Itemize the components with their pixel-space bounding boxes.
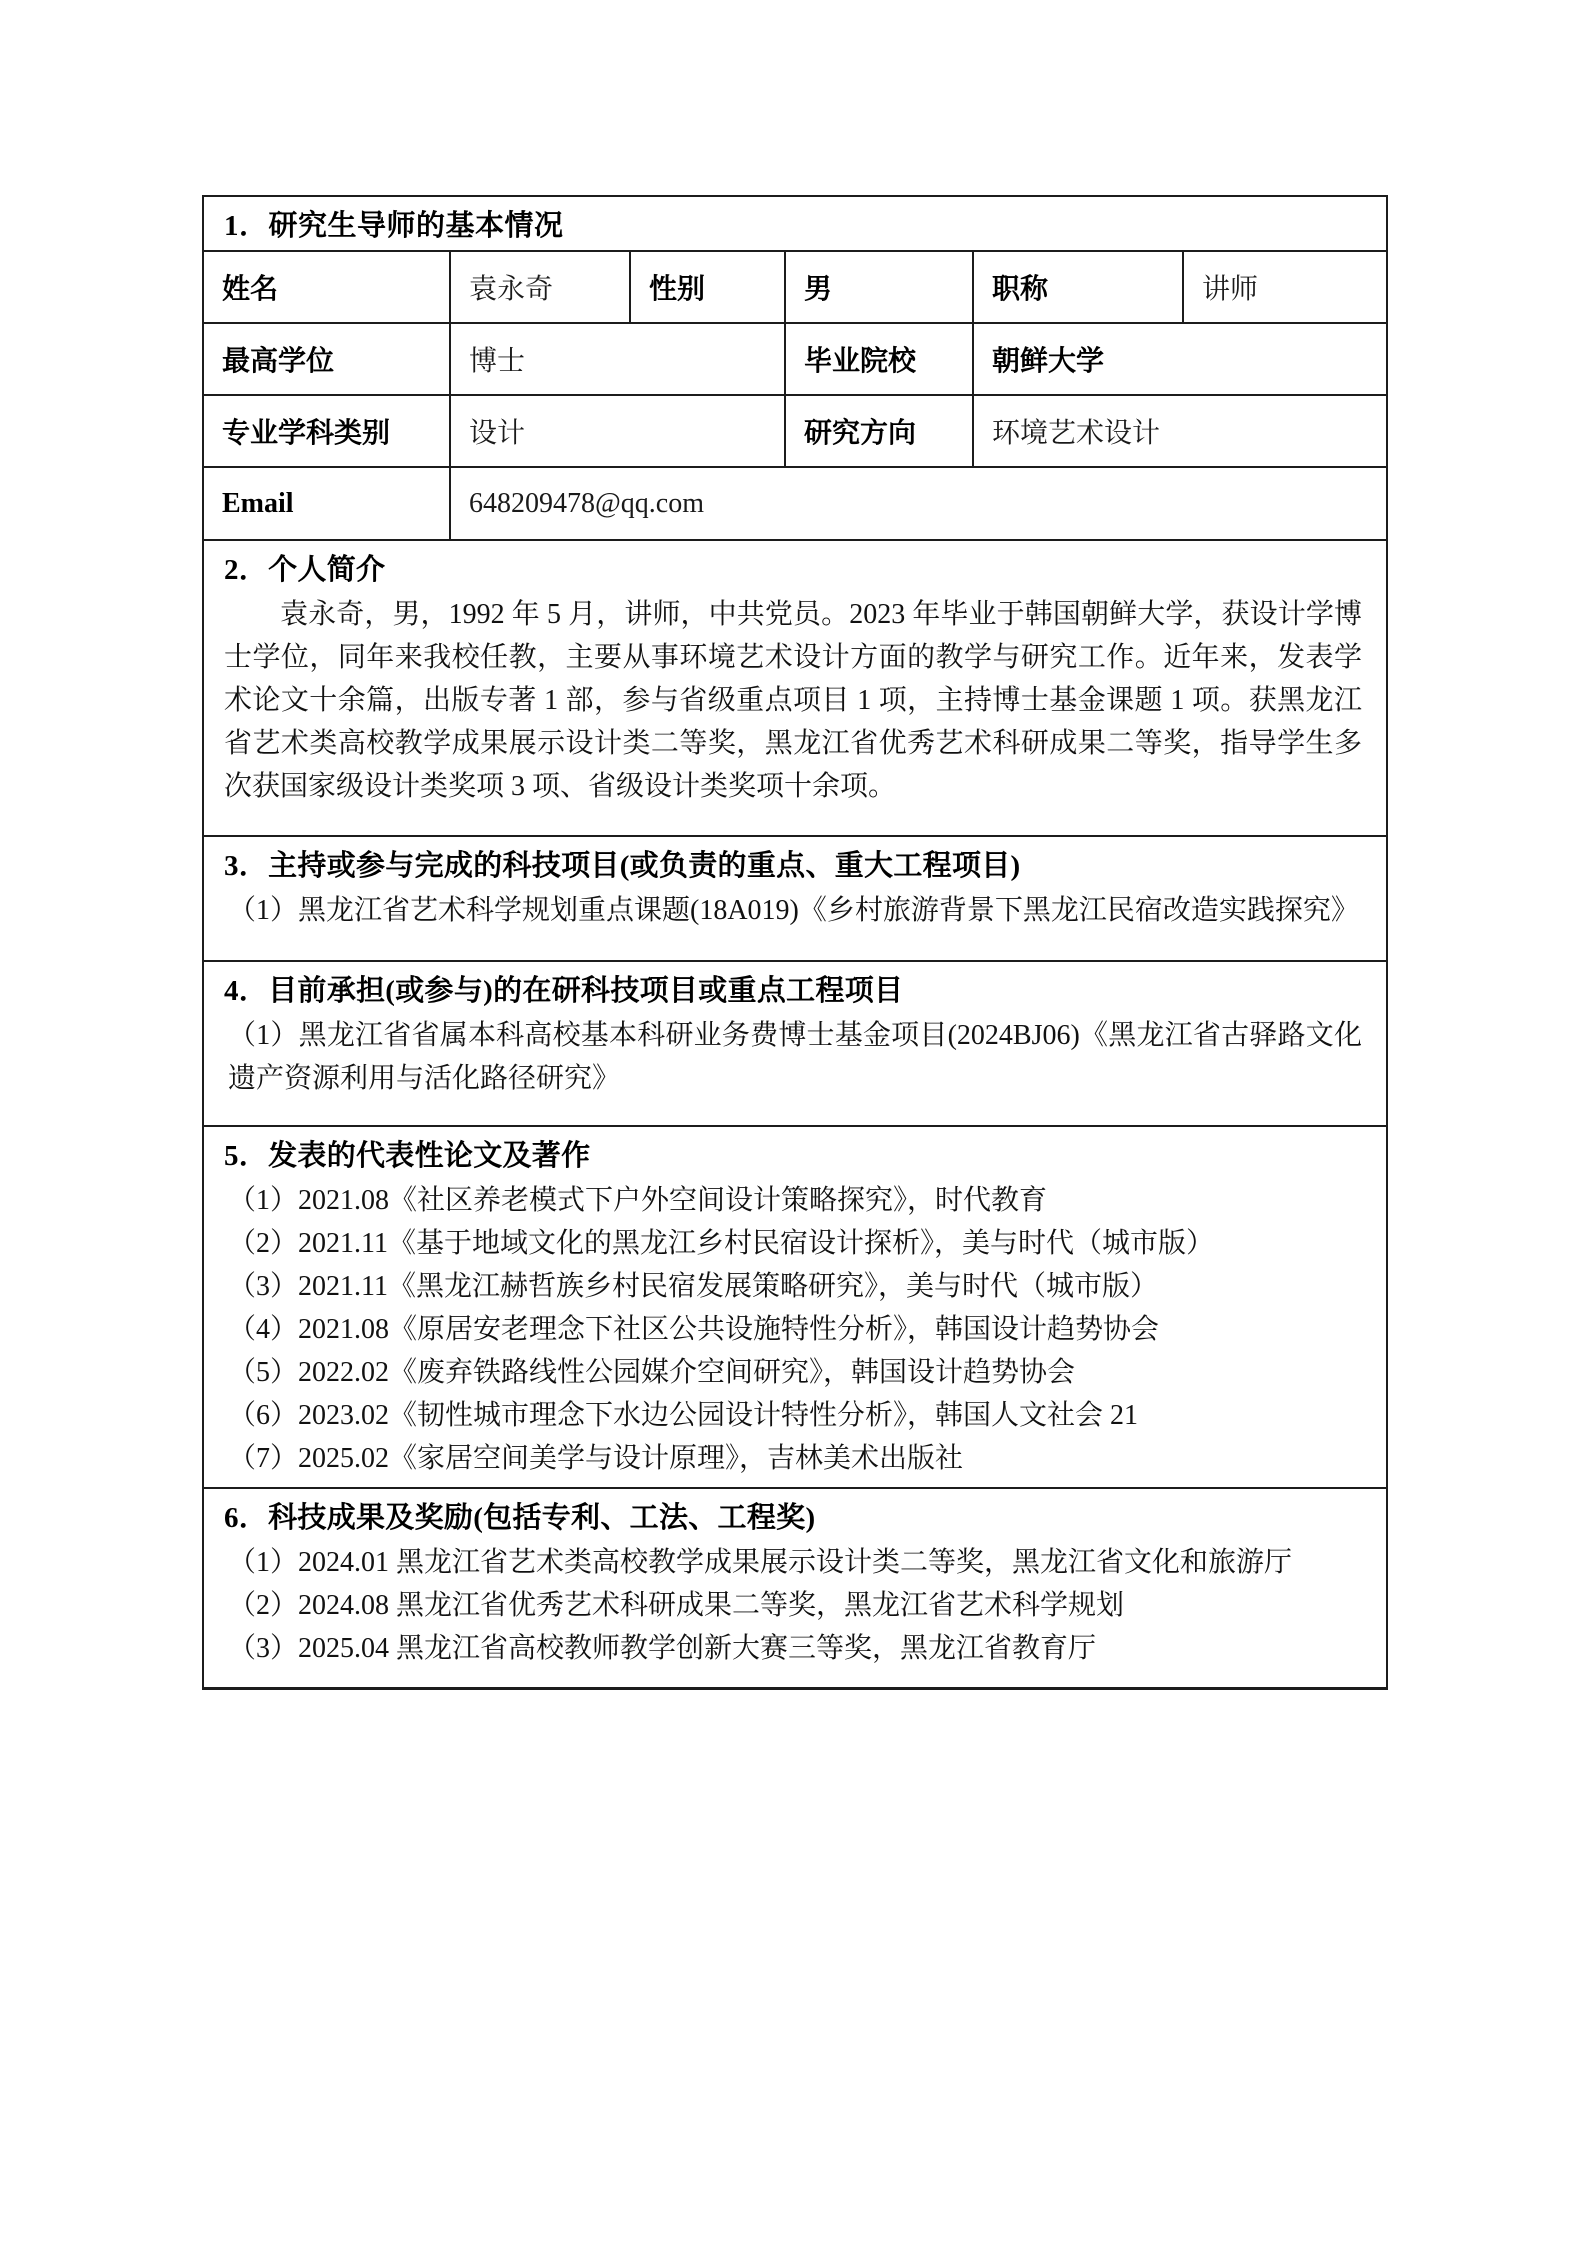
job-title-value-cell: 讲师 — [1182, 252, 1386, 322]
section2-profile: 2．个人简介 袁永奇，男，1992 年 5 月，讲师，中共党员。2023 年毕业… — [204, 539, 1386, 835]
section5-item-4: （4）2021.08《原居安老理念下社区公共设施特性分析》，韩国设计趋势协会 — [224, 1308, 1362, 1351]
direction-label: 研究方向 — [804, 411, 916, 451]
school-label-cell: 毕业院校 — [784, 324, 972, 394]
direction-value-cell: 环境艺术设计 — [972, 396, 1386, 466]
section5-item-3: （3）2021.11《黑龙江赫哲族乡村民宿发展策略研究》，美与时代（城市版） — [224, 1265, 1362, 1308]
section6-title: 6．科技成果及奖励(包括专利、工法、工程奖) — [224, 1495, 1362, 1541]
name-value: 袁永奇 — [469, 267, 553, 307]
section5-title: 5．发表的代表性论文及著作 — [224, 1133, 1362, 1179]
gender-value: 男 — [804, 267, 832, 307]
discipline-label: 专业学科类别 — [222, 411, 390, 451]
gender-value-cell: 男 — [784, 252, 972, 322]
section6-awards: 6．科技成果及奖励(包括专利、工法、工程奖) （1）2024.01 黑龙江省艺术… — [204, 1487, 1386, 1693]
document-page: 1．研究生导师的基本情况 姓名 袁永奇 性别 男 职称 讲师 — [0, 0, 1587, 2245]
degree-value-cell: 博士 — [449, 324, 784, 394]
section4-item-1: （1）黑龙江省省属本科高校基本科研业务费博士基金项目(2024BJ06)《黑龙江… — [224, 1014, 1362, 1100]
section5-item-2: （2）2021.11《基于地域文化的黑龙江乡村民宿设计探析》，美与时代（城市版） — [224, 1222, 1362, 1265]
degree-label: 最高学位 — [222, 339, 334, 379]
direction-label-cell: 研究方向 — [784, 396, 972, 466]
discipline-label-cell: 专业学科类别 — [204, 396, 449, 466]
section5-item-5: （5）2022.02《废弃铁路线性公园媒介空间研究》，韩国设计趋势协会 — [224, 1351, 1362, 1394]
school-label: 毕业院校 — [804, 339, 916, 379]
row-email: Email 648209478@qq.com — [204, 466, 1386, 539]
row-discipline-direction: 专业学科类别 设计 研究方向 环境艺术设计 — [204, 394, 1386, 466]
direction-value: 环境艺术设计 — [992, 411, 1160, 451]
section4-title: 4．目前承担(或参与)的在研科技项目或重点工程项目 — [224, 968, 1362, 1014]
section5-item-6: （6）2023.02《韧性城市理念下水边公园设计特性分析》，韩国人文社会 21 — [224, 1394, 1362, 1437]
gender-label-cell: 性别 — [629, 252, 784, 322]
school-value: 朝鲜大学 — [992, 339, 1104, 379]
degree-label-cell: 最高学位 — [204, 324, 449, 394]
section6-item-1: （1）2024.01 黑龙江省艺术类高校教学成果展示设计类二等奖，黑龙江省文化和… — [224, 1541, 1362, 1584]
gender-label: 性别 — [649, 267, 705, 307]
section6-item-3: （3）2025.04 黑龙江省高校教师教学创新大赛三等奖，黑龙江省教育厅 — [224, 1627, 1362, 1670]
school-value-cell: 朝鲜大学 — [972, 324, 1386, 394]
degree-value: 博士 — [469, 339, 525, 379]
section3-title: 3．主持或参与完成的科技项目(或负责的重点、重大工程项目) — [224, 843, 1362, 889]
section2-title: 2．个人简介 — [224, 547, 1362, 593]
job-title-value: 讲师 — [1202, 267, 1258, 307]
email-value-cell: 648209478@qq.com — [449, 468, 1386, 539]
email-value: 648209478@qq.com — [469, 488, 704, 520]
section2-paragraph: 袁永奇，男，1992 年 5 月，讲师，中共党员。2023 年毕业于韩国朝鲜大学… — [224, 593, 1362, 808]
job-title-label: 职称 — [992, 267, 1048, 307]
advisor-info-table: 1．研究生导师的基本情况 姓名 袁永奇 性别 男 职称 讲师 — [202, 195, 1388, 1690]
name-value-cell: 袁永奇 — [449, 252, 629, 322]
discipline-value-cell: 设计 — [449, 396, 784, 466]
email-label-cell: Email — [204, 468, 449, 539]
section1-title: 1．研究生导师的基本情况 — [224, 203, 564, 244]
section6-item-2: （2）2024.08 黑龙江省优秀艺术科研成果二等奖，黑龙江省艺术科学规划 — [224, 1584, 1362, 1627]
section5-item-7: （7）2025.02《家居空间美学与设计原理》，吉林美术出版社 — [224, 1437, 1362, 1480]
job-title-label-cell: 职称 — [972, 252, 1182, 322]
section3-completed-projects: 3．主持或参与完成的科技项目(或负责的重点、重大工程项目) （1）黑龙江省艺术科… — [204, 835, 1386, 960]
section5-item-1: （1）2021.08《社区养老模式下户外空间设计策略探究》，时代教育 — [224, 1179, 1362, 1222]
section4-current-projects: 4．目前承担(或参与)的在研科技项目或重点工程项目 （1）黑龙江省省属本科高校基… — [204, 960, 1386, 1125]
name-label: 姓名 — [222, 267, 278, 307]
section3-item-1: （1）黑龙江省艺术科学规划重点课题(18A019)《乡村旅游背景下黑龙江民宿改造… — [224, 889, 1362, 932]
email-label: Email — [222, 488, 294, 520]
row-name-gender-title: 姓名 袁永奇 性别 男 职称 讲师 — [204, 250, 1386, 322]
row-degree-school: 最高学位 博士 毕业院校 朝鲜大学 — [204, 322, 1386, 394]
section1-title-row: 1．研究生导师的基本情况 — [204, 197, 1386, 250]
name-label-cell: 姓名 — [204, 252, 449, 322]
section5-publications: 5．发表的代表性论文及著作 （1）2021.08《社区养老模式下户外空间设计策略… — [204, 1125, 1386, 1487]
discipline-value: 设计 — [469, 411, 525, 451]
